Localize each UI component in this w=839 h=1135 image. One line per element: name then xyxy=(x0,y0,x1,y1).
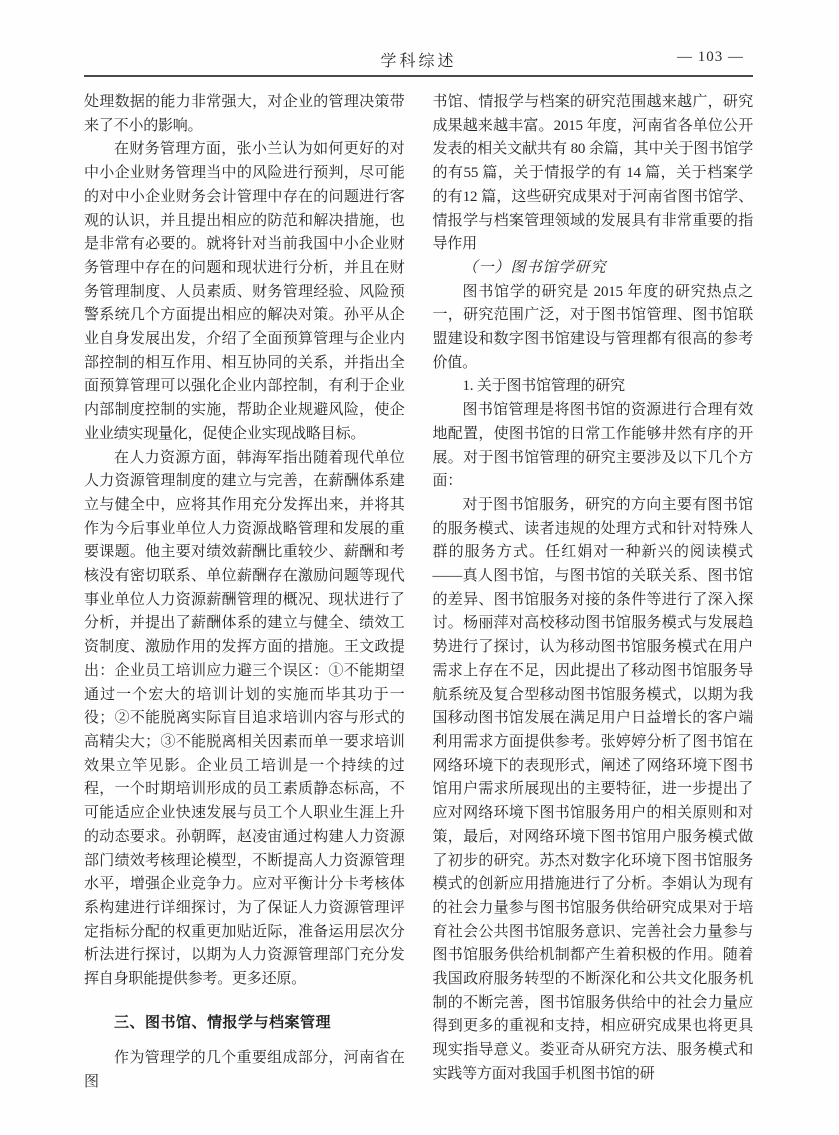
left-column: 处理数据的能力非常强大，对企业的管理决策带来了不小的影响。 在财务管理方面，张小… xyxy=(84,91,405,1095)
right-column: 书馆、情报学与档案的研究范围越来越广，研究成果越来越丰富。2015 年度，河南省… xyxy=(433,91,754,1095)
subsection-heading: （一）图书馆学研究 xyxy=(433,257,754,281)
numbered-subheading: 1. 关于图书馆管理的研究 xyxy=(433,375,754,399)
page-number: — 103 — xyxy=(677,49,744,66)
paragraph: 图书馆学的研究是 2015 年度的研究热点之一，研究范围广泛，对于图书馆管理、图… xyxy=(433,281,754,376)
paragraph: 处理数据的能力非常强大，对企业的管理决策带来了不小的影响。 xyxy=(84,91,405,138)
running-head-title: 学科综述 xyxy=(84,48,753,71)
section-heading: 三、图书馆、情报学与档案管理 xyxy=(84,1011,405,1035)
paragraph: 作为管理学的几个重要组成部分，河南省在图 xyxy=(84,1047,405,1094)
header-rule xyxy=(84,75,753,77)
paragraph: 在财务管理方面，张小兰认为如何更好的对中小企业财务管理当中的风险进行预判，尽可能… xyxy=(84,138,405,446)
paragraph: 对于图书馆服务，研究的方向主要有图书馆的服务模式、读者违规的处理方式和针对特殊人… xyxy=(433,494,754,1087)
paragraph: 图书馆管理是将图书馆的资源进行合理有效地配置，使图书馆的日常工作能够井然有序的开… xyxy=(433,399,754,494)
journal-page: 学科综述 — 103 — 处理数据的能力非常强大，对企业的管理决策带来了不小的影… xyxy=(0,0,839,1135)
paragraph: 在人力资源方面，韩海军指出随着现代单位人力资源管理制度的建立与完善，在薪酬体系建… xyxy=(84,447,405,992)
paragraph: 书馆、情报学与档案的研究范围越来越广，研究成果越来越丰富。2015 年度，河南省… xyxy=(433,91,754,257)
two-column-body: 处理数据的能力非常强大，对企业的管理决策带来了不小的影响。 在财务管理方面，张小… xyxy=(84,91,753,1095)
page-header: 学科综述 — 103 — xyxy=(84,46,753,74)
